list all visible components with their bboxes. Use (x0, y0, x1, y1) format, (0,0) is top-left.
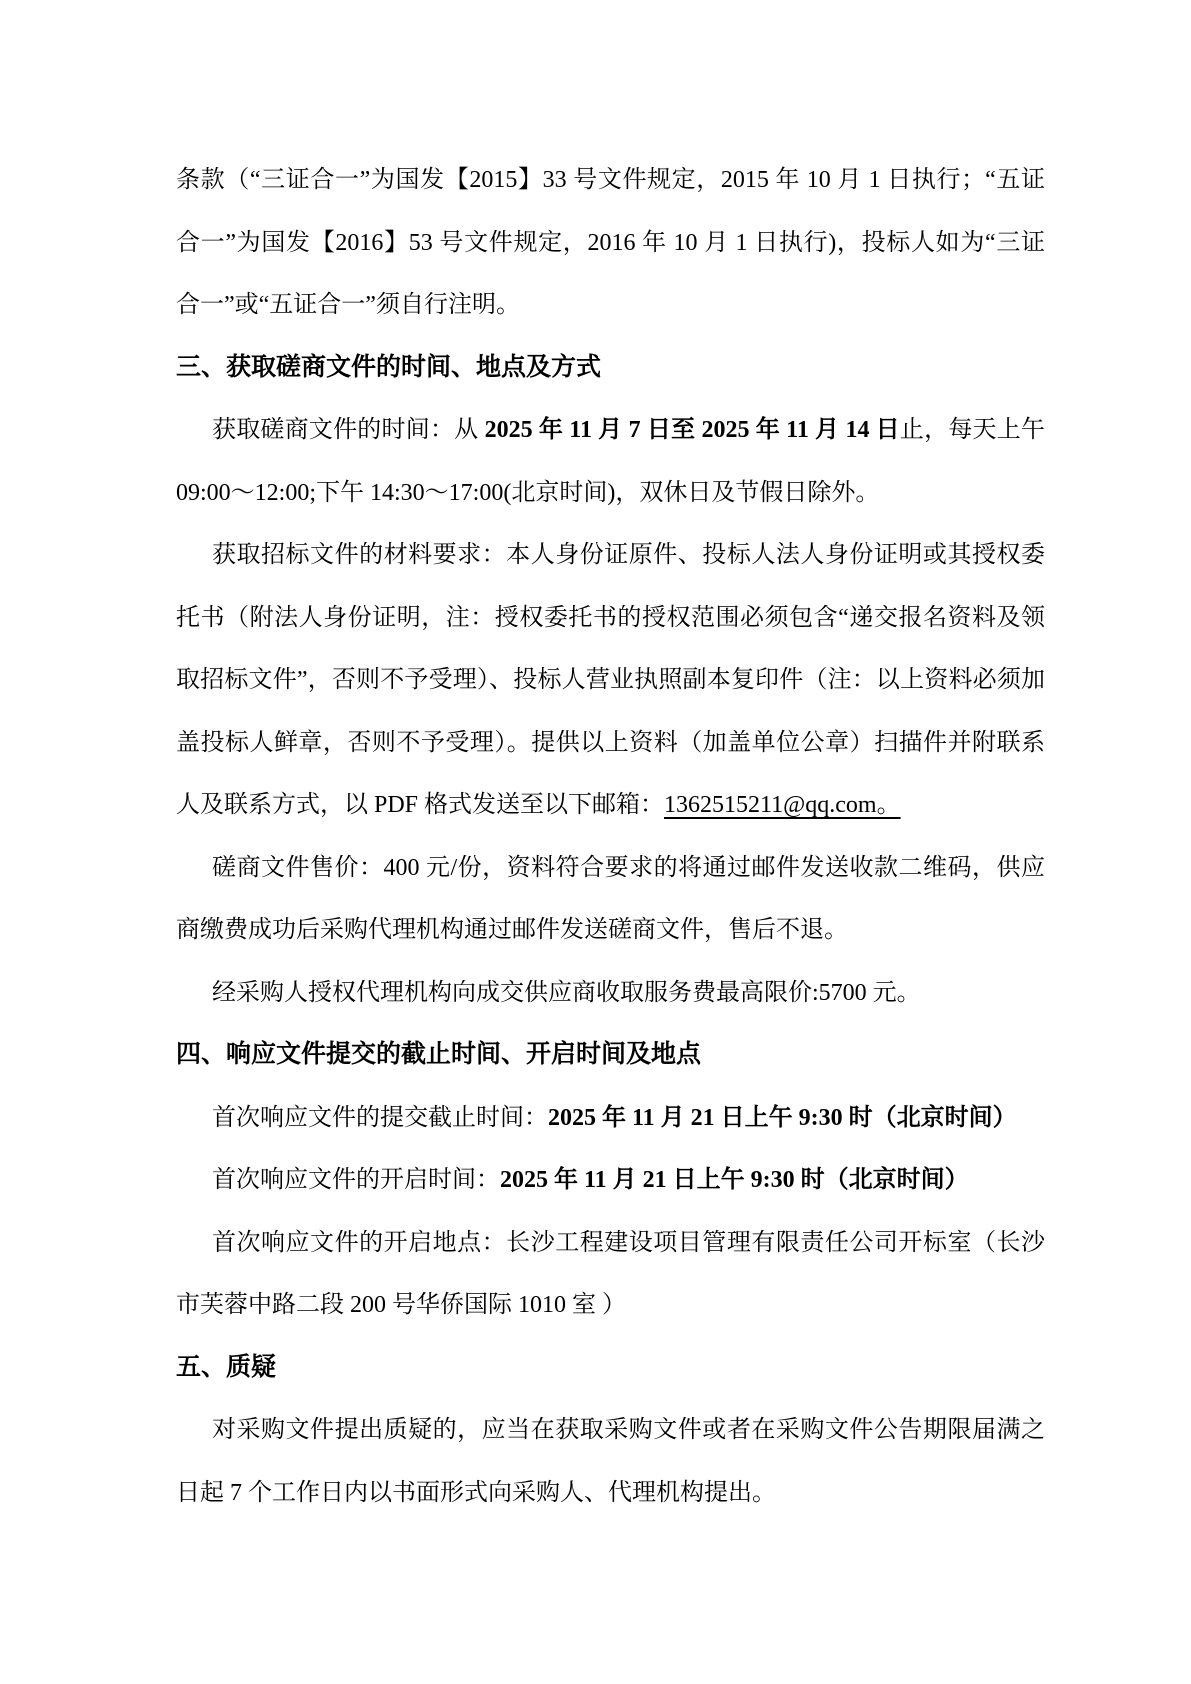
section-heading-submission-deadline: 四、响应文件提交的截止时间、开启时间及地点 (176, 1024, 1045, 1087)
paragraph-text: 条款（“三证合一”为国发【2015】33 号文件规定，2015 年 10 月 1… (176, 167, 1045, 318)
section-heading-obtain-documents: 三、获取磋商文件的时间、地点及方式 (176, 337, 1045, 400)
paragraph-certificate-clause: 条款（“三证合一”为国发【2015】33 号文件规定，2015 年 10 月 1… (176, 149, 1045, 337)
paragraph-text: 首次响应文件的开启时间： (212, 1167, 500, 1193)
opening-datetime: 2025 年 11 月 21 日上午 9:30 时（北京时间） (500, 1167, 969, 1193)
section-heading-inquiry: 五、质疑 (176, 1337, 1045, 1400)
paragraph-text: 对采购文件提出质疑的，应当在获取采购文件或者在采购文件公告期限届满之日起 7 个… (176, 1417, 1045, 1506)
paragraph-text: 首次响应文件的提交截止时间： (212, 1105, 548, 1131)
paragraph-material-requirements: 获取招标文件的材料要求：本人身份证原件、投标人法人身份证明或其授权委托书（附法人… (176, 524, 1045, 837)
paragraph-text: 磋商文件售价：400 元/份，资料符合要求的将通过邮件发送收款二维码，供应商缴费… (176, 855, 1045, 944)
paragraph-obtain-time: 获取磋商文件的时间：从 2025 年 11 月 7 日至 2025 年 11 月… (176, 399, 1045, 524)
paragraph-text: 获取磋商文件的时间：从 (212, 417, 485, 443)
paragraph-inquiry-rules: 对采购文件提出质疑的，应当在获取采购文件或者在采购文件公告期限届满之日起 7 个… (176, 1399, 1045, 1524)
paragraph-service-fee: 经采购人授权代理机构向成交供应商收取服务费最高限价:5700 元。 (176, 962, 1045, 1025)
document-page: 条款（“三证合一”为国发【2015】33 号文件规定，2015 年 10 月 1… (0, 0, 1191, 1684)
submission-deadline-datetime: 2025 年 11 月 21 日上午 9:30 时（北京时间） (548, 1105, 1017, 1131)
paragraph-document-price: 磋商文件售价：400 元/份，资料符合要求的将通过邮件发送收款二维码，供应商缴费… (176, 837, 1045, 962)
paragraph-opening-time: 首次响应文件的开启时间：2025 年 11 月 21 日上午 9:30 时（北京… (176, 1149, 1045, 1212)
paragraph-text: 经采购人授权代理机构向成交供应商收取服务费最高限价:5700 元。 (212, 980, 921, 1006)
email-link[interactable]: 1362515211@qq.com。 (664, 792, 901, 818)
obtain-date-range: 2025 年 11 月 7 日至 2025 年 11 月 14 日 (485, 417, 900, 443)
paragraph-submission-deadline: 首次响应文件的提交截止时间：2025 年 11 月 21 日上午 9:30 时（… (176, 1087, 1045, 1150)
paragraph-opening-location: 首次响应文件的开启地点：长沙工程建设项目管理有限责任公司开标室（长沙市芙蓉中路二… (176, 1212, 1045, 1337)
paragraph-text: 首次响应文件的开启地点：长沙工程建设项目管理有限责任公司开标室（长沙市芙蓉中路二… (176, 1230, 1045, 1319)
paragraph-text: 获取招标文件的材料要求：本人身份证原件、投标人法人身份证明或其授权委托书（附法人… (176, 542, 1045, 818)
